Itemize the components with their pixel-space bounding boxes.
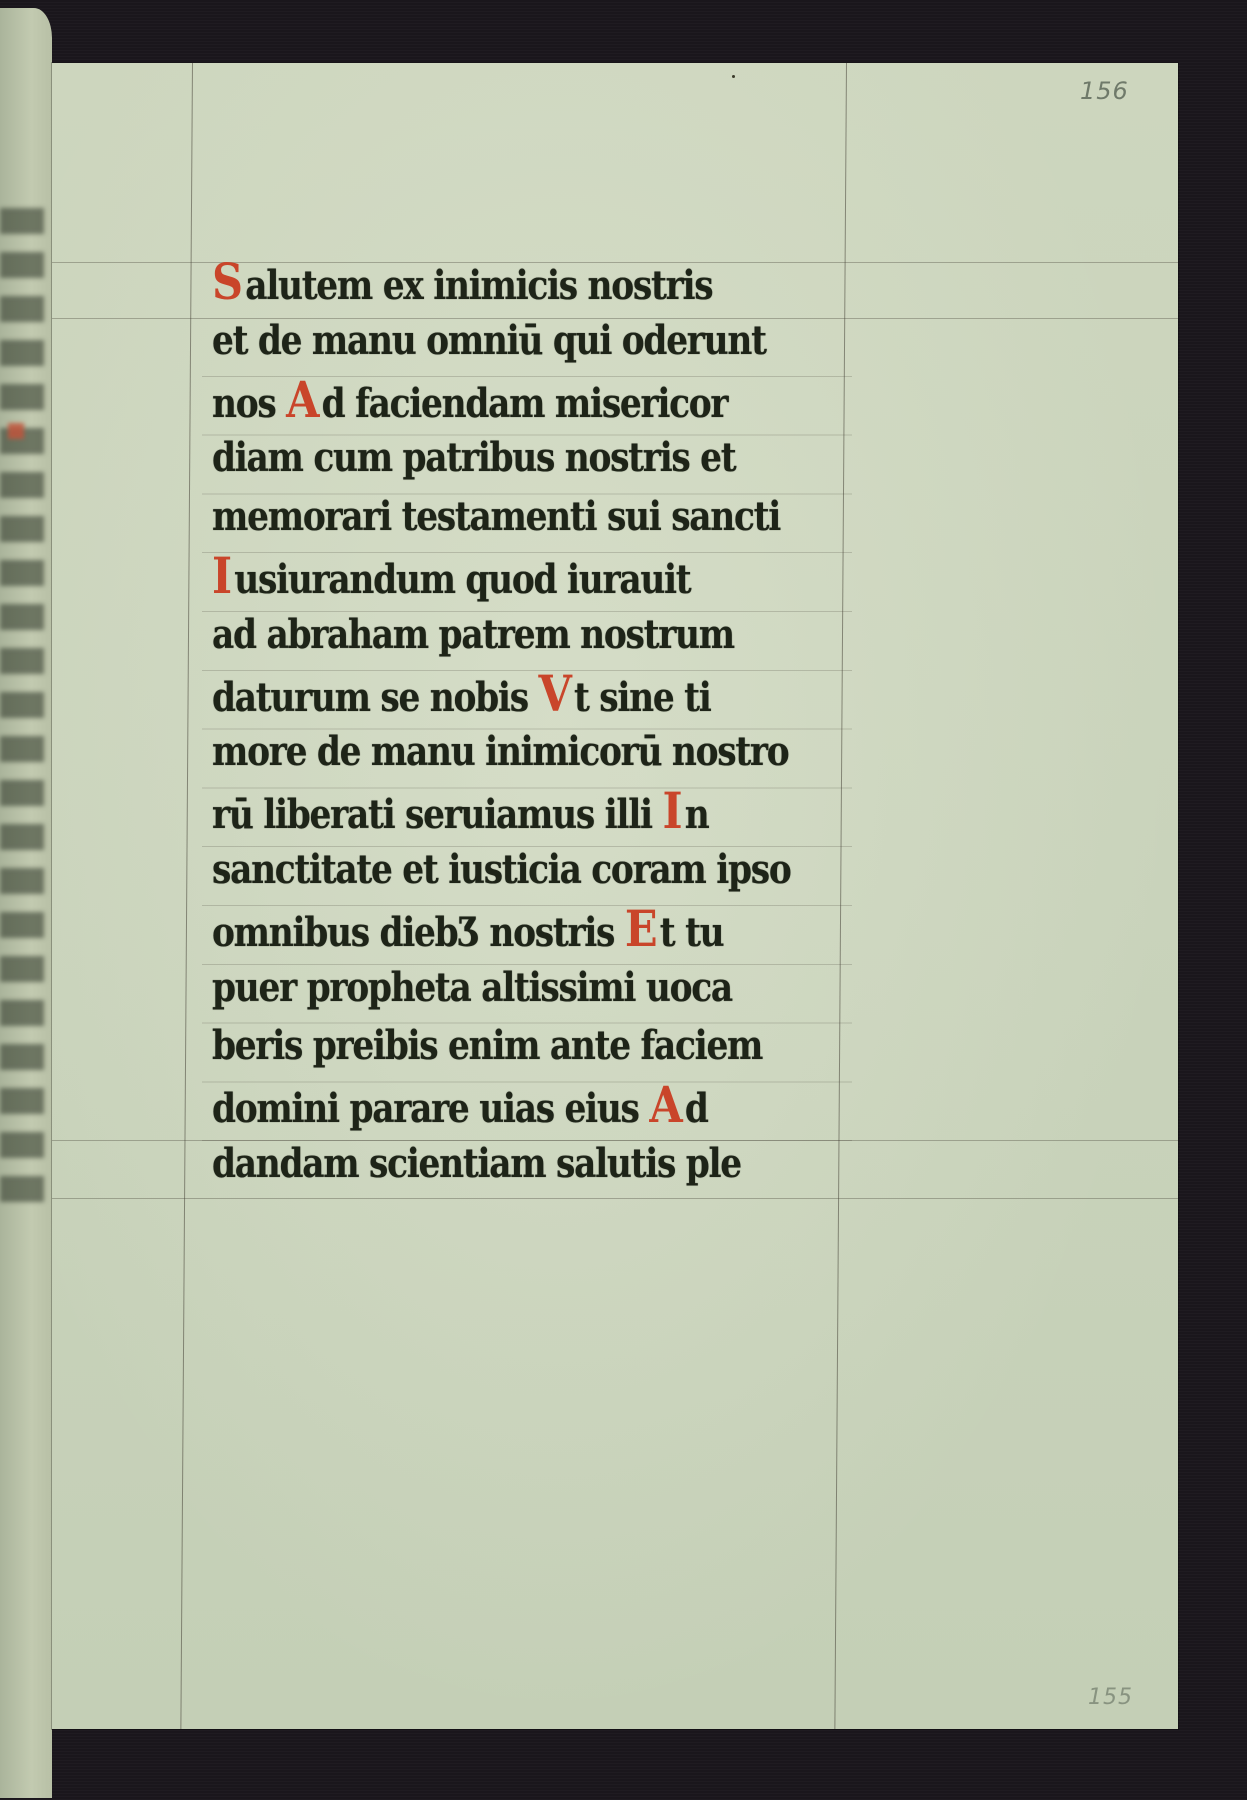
line-text: nos [212, 380, 275, 427]
text-line: more de manu inimicorū nostro [212, 723, 814, 782]
text-line: rū liberati seruiamus illi In [212, 782, 814, 841]
rubric-initial: A [286, 371, 318, 430]
text-line: domini parare uias eius Ad [212, 1076, 814, 1135]
text-line: et de manu omniū qui oderunt [212, 312, 814, 371]
line-text: daturum se nobis [212, 674, 528, 721]
folio-number-bottom: 155 [1088, 1685, 1133, 1710]
ruling-left [180, 63, 193, 1729]
text-line: diam cum patribus nostris et [212, 429, 814, 488]
text-line: sanctitate et iusticia coram ipso [212, 841, 814, 900]
line-text-after: t tu [660, 909, 724, 956]
line-text: usiurandum quod iurauit [234, 556, 690, 603]
ruling-bottom [52, 1198, 1178, 1199]
text-line: ad abraham patrem nostrum [212, 606, 814, 665]
rubric-initial: A [649, 1076, 681, 1135]
line-text-after: n [685, 791, 709, 838]
rubric-initial: I [662, 782, 681, 841]
line-text: sanctitate et iusticia coram ipso [212, 846, 790, 893]
line-text: ad abraham patrem nostrum [212, 611, 734, 658]
line-text: et de manu omniū qui oderunt [212, 317, 766, 364]
line-text: alutem ex inimicis nostris [245, 262, 712, 309]
text-line: nos Ad faciendam misericor [212, 371, 814, 430]
line-text: more de manu inimicorū nostro [212, 728, 788, 775]
manuscript-folio: 156 155 Salutem ex inimicis nostris et d… [52, 63, 1178, 1729]
blurred-text [0, 208, 44, 1208]
line-text: beris preibis enim ante faciem [212, 1022, 762, 1069]
line-text: memorari testamenti sui sancti [212, 493, 780, 540]
rubric-initial: V [538, 665, 570, 724]
folio-number-top: 156 [1080, 77, 1129, 105]
line-text-after: t sine ti [574, 674, 711, 721]
text-line: omnibus diebƷ nostris Et tu [212, 900, 814, 959]
text-line: dandam scientiam salutis ple [212, 1135, 814, 1194]
line-text: dandam scientiam salutis ple [212, 1140, 741, 1187]
line-text: domini parare uias eius [212, 1085, 639, 1132]
prick-mark [732, 75, 735, 78]
text-line: Salutem ex inimicis nostris [212, 253, 814, 312]
previous-page-edge [0, 8, 52, 1798]
line-text: rū liberati seruiamus illi [212, 791, 652, 838]
blurred-rubric [8, 423, 24, 439]
line-text-after: d faciendam misericor [322, 380, 728, 427]
line-text-after: d [685, 1085, 708, 1132]
text-line: puer propheta altissimi uoca [212, 959, 814, 1018]
rubric-initial: I [212, 547, 231, 606]
text-line: daturum se nobis Vt sine ti [212, 665, 814, 724]
text-line: memorari testamenti sui sancti [212, 488, 814, 547]
text-block: Salutem ex inimicis nostris et de manu o… [212, 253, 912, 1194]
text-line: Iusiurandum quod iurauit [212, 547, 814, 606]
rubric-initial: S [212, 253, 242, 312]
line-text: puer propheta altissimi uoca [212, 964, 732, 1011]
rubric-initial: E [625, 900, 656, 959]
text-line: beris preibis enim ante faciem [212, 1017, 814, 1076]
line-text: omnibus diebƷ nostris [212, 909, 614, 956]
line-text: diam cum patribus nostris et [212, 434, 735, 481]
